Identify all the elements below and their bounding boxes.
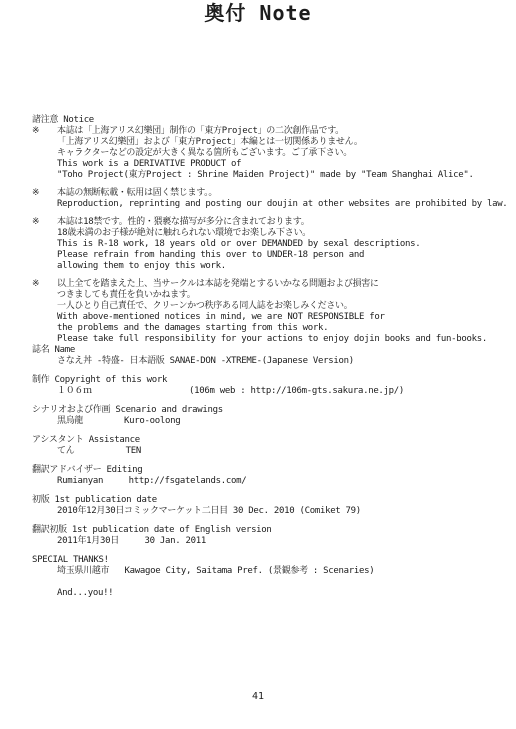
credit-heading: アシスタント Assistance [32,435,512,446]
credit-line: 黒烏龍 Kuro-oolong [57,416,512,427]
notice-line: Please take full responsibility for your… [57,334,512,345]
reference-mark: ※ [32,126,57,181]
notice-line: This is R-18 work, 18 years old or over … [57,239,512,250]
credit-line: And...you!! [57,588,512,599]
credit-line: Rumianyan http://fsgatelands.com/ [57,476,512,487]
credit-lines: 2011年1月30日 30 Jan. 2011 [32,536,512,547]
notice-line: With above-mentioned notices in mind, we… [57,312,512,323]
credit-lines: １０６ｍ (106m web : http://106m-gts.sakura.… [32,386,512,397]
credit-section-title: 誌名 Name さなえ丼 -特盛- 日本語版 SANAE-DON -XTREME… [32,345,512,367]
credit-heading: 誌名 Name [32,345,512,356]
notice-line: Please refrain from handing this over to… [57,250,512,261]
notice-line: the problems and the damages starting fr… [57,323,512,334]
notice-line: つきましても責任を負いかねます。 [57,290,512,301]
credit-section-english-publication: 翻訳初版 1st publication date of English ver… [32,525,512,547]
credit-lines: 黒烏龍 Kuro-oolong [32,416,512,427]
colophon-page: 奥付 Note 諸注意 Notice ※ 本誌は「上海アリス幻樂団」制作の「東方… [0,0,516,729]
credit-section-copyright: 制作 Copyright of this work １０６ｍ (106m web… [32,375,512,397]
page-title: 奥付 Note [0,0,516,26]
notice-item-lines: 本誌の無断転載・転用は固く禁じます。。 Reproduction, reprin… [57,188,512,210]
page-body: 諸注意 Notice ※ 本誌は「上海アリス幻樂団」制作の「東方Project」… [32,115,512,599]
notice-item: ※ 本誌の無断転載・転用は固く禁じます。。 Reproduction, repr… [32,188,512,210]
credit-line: 2011年1月30日 30 Jan. 2011 [57,536,512,547]
credit-lines: Rumianyan http://fsgatelands.com/ [32,476,512,487]
credit-heading: 制作 Copyright of this work [32,375,512,386]
notice-item: ※ 本誌は「上海アリス幻樂団」制作の「東方Project」の二次創作品です。 「… [32,126,512,181]
notice-line: 18歳未満のお子様が絶対に触れられない環境でお楽しみ下さい。 [57,228,512,239]
credit-section-editing: 翻訳アドバイザー Editing Rumianyan http://fsgate… [32,465,512,487]
credit-line: １０６ｍ (106m web : http://106m-gts.sakura.… [57,386,512,397]
notice-line: allowing them to enjoy this work. [57,261,512,272]
notice-heading: 諸注意 Notice [32,115,512,126]
notice-line: 本誌は18禁です。性的・猥褻な描写が多分に含まれております。 [57,217,512,228]
notice-line: This work is a DERIVATIVE PRODUCT of [57,159,512,170]
credit-section-scenario: シナリオおよび作画 Scenario and drawings 黒烏龍 Kuro… [32,405,512,427]
credit-line: 2010年12月30日コミックマーケット二日目 30 Dec. 2010 (Co… [57,506,512,517]
notice-line: 一人ひとり自己責任で、クリーンかつ秩序ある同人誌をお楽しみください。 [57,301,512,312]
credit-lines: 埼玉県川越市 Kawagoe City, Saitama Pref. (景観参考… [32,566,512,599]
notice-line: 本誌の無断転載・転用は固く禁じます。。 [57,188,512,199]
reference-mark: ※ [32,279,57,345]
notice-line: 「上海アリス幻樂団」および「東方Project」本編とは一切関係ありません。 [57,137,512,148]
reference-mark: ※ [32,217,57,272]
credit-section-special-thanks: SPECIAL THANKS! 埼玉県川越市 Kawagoe City, Sai… [32,555,512,599]
notice-line: 以上全てを踏まえた上、当サークルは本誌を発端とするいかなる問題および損害に [57,279,512,290]
credit-line: てん TEN [57,446,512,457]
credit-heading: SPECIAL THANKS! [32,555,512,566]
notice-item: ※ 以上全てを踏まえた上、当サークルは本誌を発端とするいかなる問題および損害に … [32,279,512,345]
credit-heading: 初版 1st publication date [32,495,512,506]
notice-line: "Toho Project(東方Project : Shrine Maiden … [57,170,512,181]
credit-heading: シナリオおよび作画 Scenario and drawings [32,405,512,416]
reference-mark: ※ [32,188,57,210]
credit-lines: さなえ丼 -特盛- 日本語版 SANAE-DON -XTREME-(Japane… [32,356,512,367]
credit-line: 埼玉県川越市 Kawagoe City, Saitama Pref. (景観参考… [57,566,512,577]
credit-line-blank [57,577,512,588]
notice-item-lines: 本誌は18禁です。性的・猥褻な描写が多分に含まれております。 18歳未満のお子様… [57,217,512,272]
notice-line: キャラクターなどの設定が大きく異なる箇所もございます。ご了承下さい。 [57,148,512,159]
notice-item-lines: 本誌は「上海アリス幻樂団」制作の「東方Project」の二次創作品です。 「上海… [57,126,512,181]
credit-line: さなえ丼 -特盛- 日本語版 SANAE-DON -XTREME-(Japane… [57,356,512,367]
credit-heading: 翻訳初版 1st publication date of English ver… [32,525,512,536]
notice-line: 本誌は「上海アリス幻樂団」制作の「東方Project」の二次創作品です。 [57,126,512,137]
notice-item: ※ 本誌は18禁です。性的・猥褻な描写が多分に含まれております。 18歳未満のお… [32,217,512,272]
credit-section-assistance: アシスタント Assistance てん TEN [32,435,512,457]
notice-section: 諸注意 Notice ※ 本誌は「上海アリス幻樂団」制作の「東方Project」… [32,115,512,345]
notice-item-lines: 以上全てを踏まえた上、当サークルは本誌を発端とするいかなる問題および損害に つき… [57,279,512,345]
credit-heading: 翻訳アドバイザー Editing [32,465,512,476]
notice-line: Reproduction, reprinting and posting our… [57,199,512,210]
page-number: 41 [0,691,516,703]
credit-lines: てん TEN [32,446,512,457]
credit-section-first-publication: 初版 1st publication date 2010年12月30日コミックマ… [32,495,512,517]
credit-lines: 2010年12月30日コミックマーケット二日目 30 Dec. 2010 (Co… [32,506,512,517]
